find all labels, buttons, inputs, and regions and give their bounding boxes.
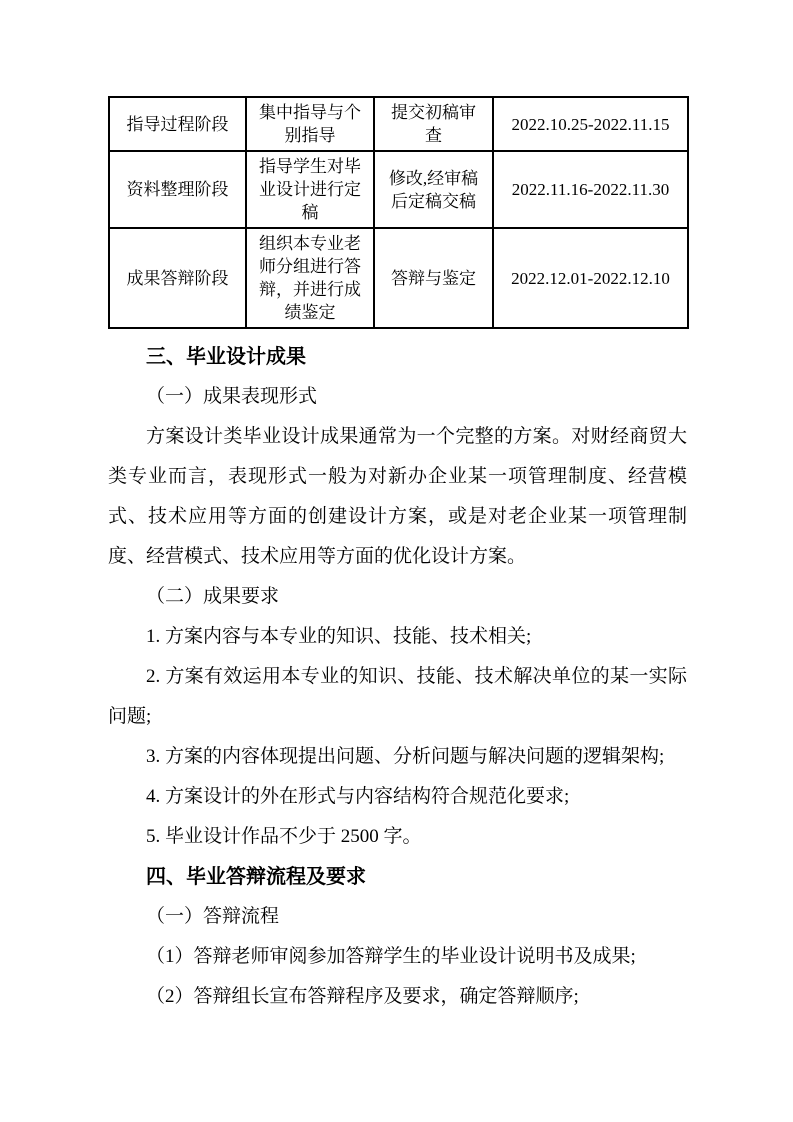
requirement-item-4: 4. 方案设计的外在形式与内容结构符合规范化要求; [108, 777, 687, 817]
table-row: 资料整理阶段 指导学生对毕业设计进行定稿 修改,经审稿后定稿交稿 2022.11… [109, 151, 688, 228]
stage-cell: 指导过程阶段 [109, 97, 246, 151]
subsection-2-title: （二）成果要求 [108, 577, 687, 617]
requirement-item-1: 1. 方案内容与本专业的知识、技能、技术相关; [108, 617, 687, 657]
dates-cell: 2022.12.01-2022.12.10 [493, 228, 688, 328]
requirement-item-2: 2. 方案有效运用本专业的知识、技能、技术解决单位的某一实际问题; [108, 657, 687, 737]
dates-cell: 2022.10.25-2022.11.15 [493, 97, 688, 151]
table-row: 指导过程阶段 集中指导与个别指导 提交初稿审查 2022.10.25-2022.… [109, 97, 688, 151]
deliverable-cell: 修改,经审稿后定稿交稿 [374, 151, 493, 228]
defense-step-1: （1）答辩老师审阅参加答辩学生的毕业设计说明书及成果; [108, 937, 687, 977]
stage-cell: 成果答辩阶段 [109, 228, 246, 328]
task-cell: 集中指导与个别指导 [246, 97, 374, 151]
subsection-3-title: （一）答辩流程 [108, 897, 687, 937]
dates-cell: 2022.11.16-2022.11.30 [493, 151, 688, 228]
deliverable-cell: 提交初稿审查 [374, 97, 493, 151]
requirement-item-3: 3. 方案的内容体现提出问题、分析问题与解决问题的逻辑架构; [108, 737, 687, 777]
section-heading-4: 四、毕业答辩流程及要求 [108, 857, 687, 897]
requirement-item-5: 5. 毕业设计作品不少于 2500 字。 [108, 817, 687, 857]
deliverable-cell: 答辩与鉴定 [374, 228, 493, 328]
stage-cell: 资料整理阶段 [109, 151, 246, 228]
section-heading-3: 三、毕业设计成果 [108, 337, 687, 377]
table-row: 成果答辩阶段 组织本专业老师分组进行答辩，并进行成绩鉴定 答辩与鉴定 2022.… [109, 228, 688, 328]
subsection-1-title: （一）成果表现形式 [108, 377, 687, 417]
paragraph-result-forms: 方案设计类毕业设计成果通常为一个完整的方案。对财经商贸大类专业而言，表现形式一般… [108, 417, 687, 577]
document-page: 指导过程阶段 集中指导与个别指导 提交初稿审查 2022.10.25-2022.… [0, 0, 793, 1122]
document-content: 指导过程阶段 集中指导与个别指导 提交初稿审查 2022.10.25-2022.… [108, 96, 687, 1017]
body-text: 三、毕业设计成果 （一）成果表现形式 方案设计类毕业设计成果通常为一个完整的方案… [108, 337, 687, 1017]
task-cell: 组织本专业老师分组进行答辩，并进行成绩鉴定 [246, 228, 374, 328]
task-cell: 指导学生对毕业设计进行定稿 [246, 151, 374, 228]
defense-step-2: （2）答辩组长宣布答辩程序及要求，确定答辩顺序; [108, 977, 687, 1017]
schedule-table: 指导过程阶段 集中指导与个别指导 提交初稿审查 2022.10.25-2022.… [108, 96, 689, 329]
